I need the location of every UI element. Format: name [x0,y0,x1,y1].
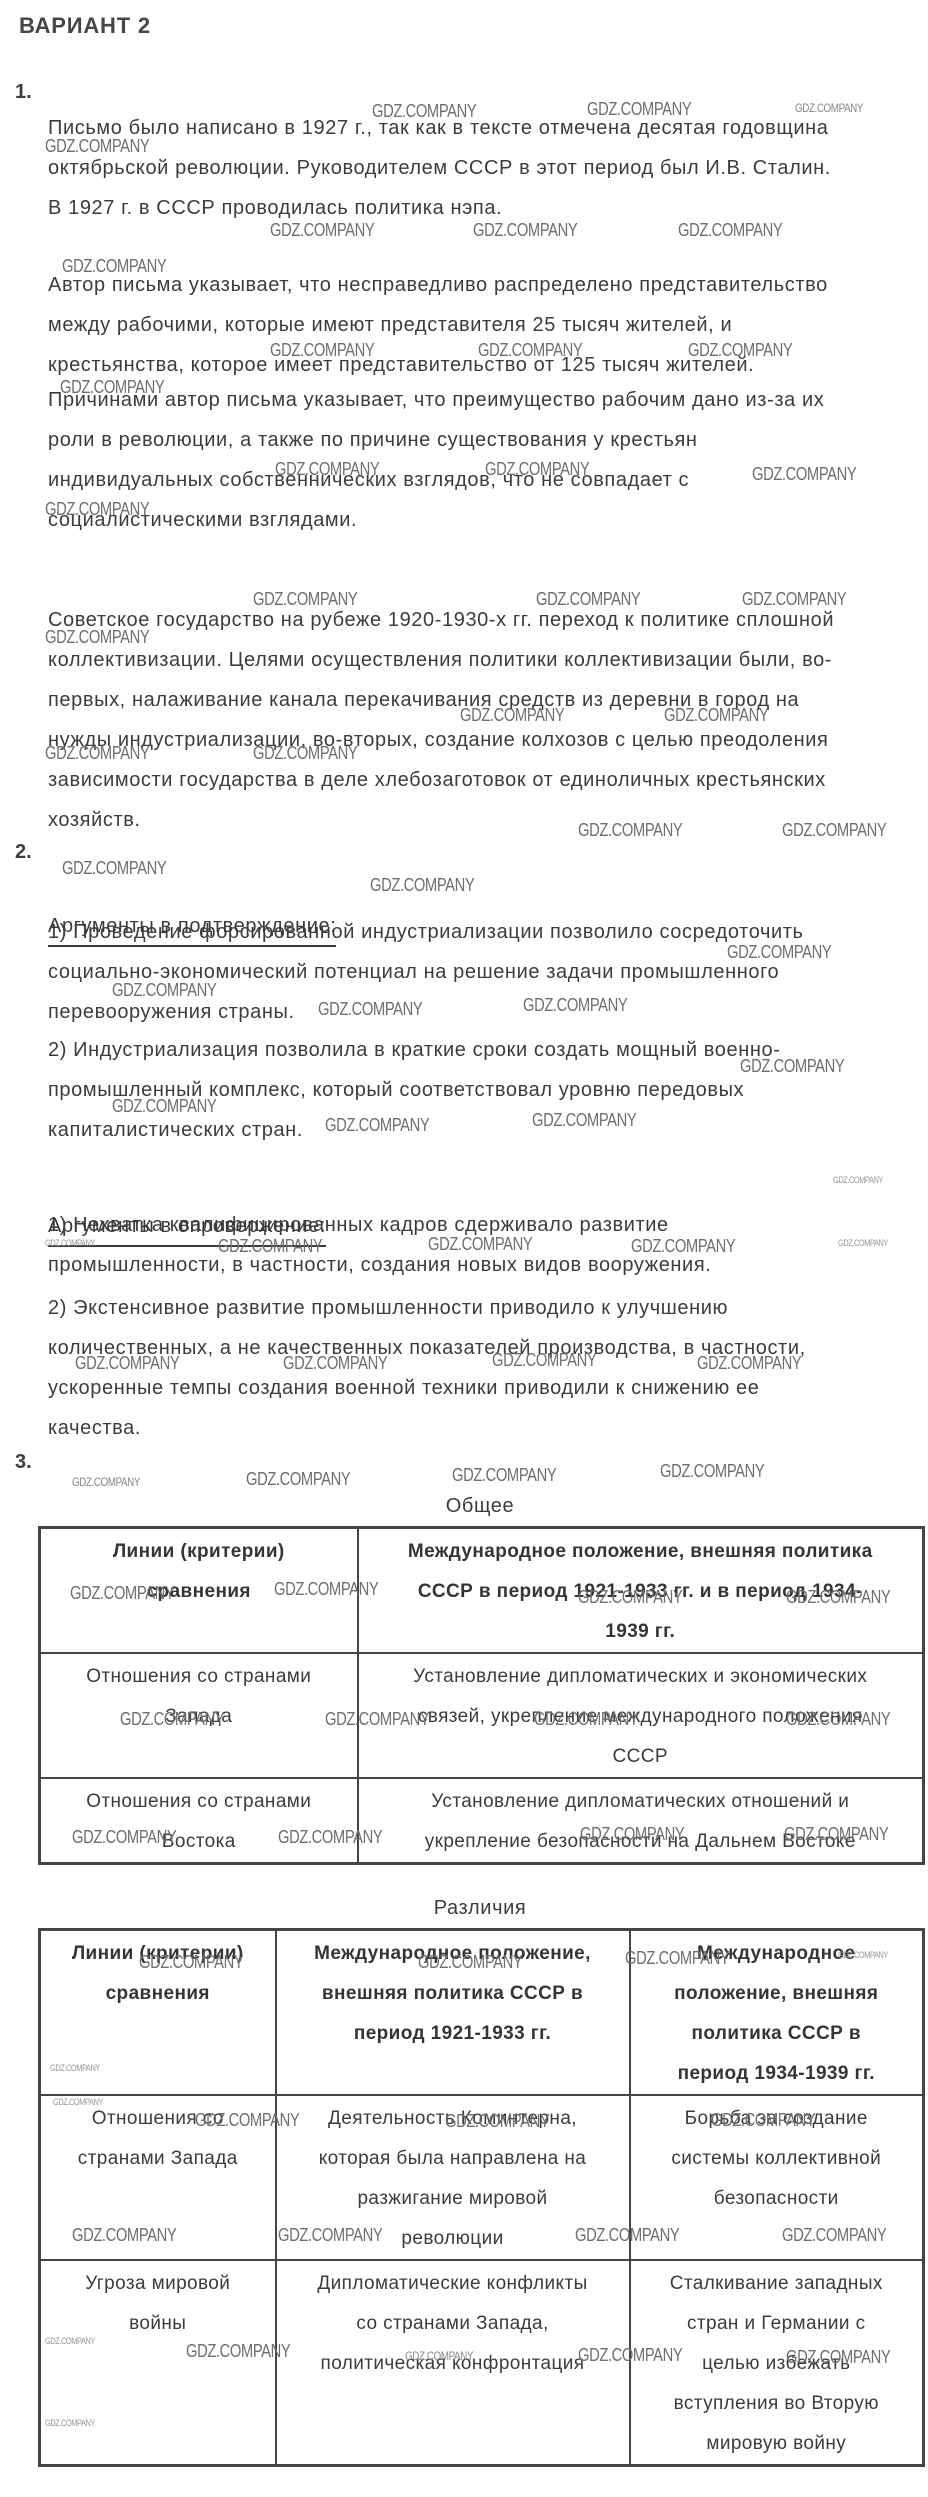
diff-row1-criteria: Отношения со странами Запада [40,2095,276,2260]
table-row: Угроза мировой войны Дипломатические кон… [40,2260,924,2466]
diff-header-period-1934-1939: Международное положение, внешняя политик… [630,1930,924,2096]
diff-row2-period2: Сталкивание западных стран и Германии с … [630,2260,924,2466]
answer-1-paragraph-4: Советское государство на рубеже 1920-193… [48,600,920,840]
differences-table-header-row: Линии (критерии) сравнения Международное… [40,1930,924,2096]
section-2-number: 2. [15,832,32,872]
diff-header-criteria: Линии (критерии) сравнения [40,1930,276,2096]
common-header-period: Международное положение, внешняя политик… [358,1528,924,1654]
diff-row1-period2: Борьба за создание системы коллективной … [630,2095,924,2260]
table-row: Отношения со странами Запада Установлени… [40,1653,924,1778]
table-row: Отношения со странами Востока Установлен… [40,1778,924,1864]
section-1-number: 1. [15,72,32,112]
common-row2-criteria: Отношения со странами Востока [40,1778,358,1864]
watermark: GDZ.COMPANY [370,876,474,894]
differences-table-caption: Различия [38,1888,922,1928]
common-row2-value: Установление дипломатических отношений и… [358,1778,924,1864]
common-row1-value: Установление дипломатических и экономиче… [358,1653,924,1778]
common-header-criteria: Линии (критерии) сравнения [40,1528,358,1654]
argument-con-2: 2) Экстенсивное развитие промышленности … [48,1288,920,1448]
argument-pro-2: 2) Индустриализация позволила в краткие … [48,1030,920,1150]
diff-row2-criteria: Угроза мировой войны [40,2260,276,2466]
argument-con-1: 1) Нехватка квалифицированных кадров сде… [48,1205,920,1285]
diff-row1-period1: Деятельность Коминтерна, которая была на… [276,2095,630,2260]
watermark: GDZ.COMPANY [660,1462,764,1480]
common-row1-criteria: Отношения со странами Запада [40,1653,358,1778]
common-table: Линии (критерии) сравнения Международное… [38,1526,925,1865]
page-title: ВАРИАНТ 2 [19,14,151,38]
differences-table: Линии (критерии) сравнения Международное… [38,1928,925,2467]
watermark: GDZ.COMPANY [833,1176,883,1185]
answer-1-paragraph-3: Причинами автор письма указывает, что пр… [48,380,920,540]
diff-header-period-1921-1933: Международное положение, внешняя политик… [276,1930,630,2096]
common-table-caption: Общее [38,1486,922,1526]
answer-1-paragraph-2: Автор письма указывает, что несправедлив… [48,265,920,385]
diff-row2-period1: Дипломатические конфликты со странами За… [276,2260,630,2466]
watermark: GDZ.COMPANY [452,1466,556,1484]
section-3-number: 3. [15,1442,32,1482]
answer-1-paragraph-1: Письмо было написано в 1927 г., так как … [48,108,920,228]
table-row: Отношения со странами Запада Деятельност… [40,2095,924,2260]
argument-pro-1: 1) Проведение форсированной индустриализ… [48,912,920,1032]
common-table-header-row: Линии (критерии) сравнения Международное… [40,1528,924,1654]
document-page: ВАРИАНТ 2 1. Письмо было написано в 1927… [0,0,928,2497]
